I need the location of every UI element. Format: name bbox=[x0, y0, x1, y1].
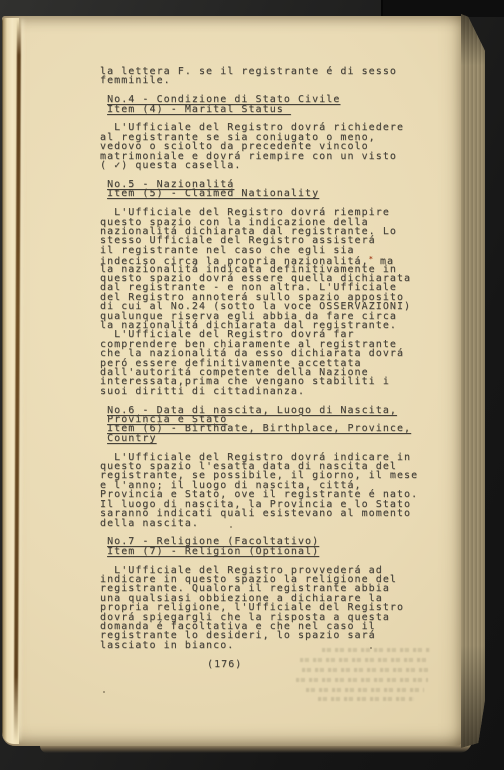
text-line: il registrante nel caso che egli sia bbox=[100, 246, 418, 255]
heading-no6-en2: Country bbox=[100, 434, 418, 443]
text-line: della nascita. bbox=[100, 519, 418, 528]
ink-speck bbox=[103, 691, 105, 693]
text-line: femminile. bbox=[100, 76, 418, 85]
heading-no7-en: Item (7) - Religion (Optional) bbox=[100, 547, 418, 556]
fore-edge-pages bbox=[461, 14, 485, 748]
page-number: (176) bbox=[100, 660, 418, 669]
heading-no4-en: Item (4) - Marital Status bbox=[100, 105, 418, 114]
showthrough-line bbox=[318, 697, 414, 701]
page-text: la lettera F. se il registrante é di ses… bbox=[100, 67, 418, 669]
text-line: lasciato in bianco. bbox=[100, 641, 418, 650]
showthrough-line bbox=[306, 688, 424, 692]
red-asterisk-annotation: * bbox=[369, 255, 373, 263]
text-line: suoi diritti di cittadinanza. bbox=[100, 387, 418, 396]
text-line bbox=[100, 650, 418, 659]
book-cover-edge bbox=[383, 0, 504, 17]
scanned-book-photo: { "page": { "page_number_label": "(176)"… bbox=[0, 0, 504, 770]
showthrough-line bbox=[296, 678, 428, 682]
heading-no5-en: Item (5) - Claimed Nationality bbox=[100, 189, 418, 198]
checkmark-line: ( ✓) questa casella. bbox=[100, 161, 418, 170]
